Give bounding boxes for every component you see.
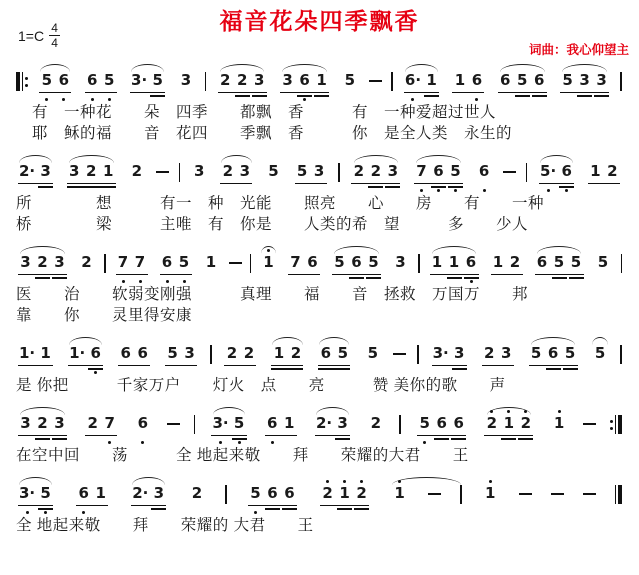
note: 2 <box>83 163 100 180</box>
barline <box>205 72 207 91</box>
note-group: 1·6 <box>66 337 105 375</box>
note-group: 5 <box>363 337 382 375</box>
note-group: 12 <box>489 246 525 284</box>
high-octave-dot <box>267 249 270 252</box>
sixteenth-beam <box>349 277 364 278</box>
duration-dash <box>156 171 169 173</box>
note-row: 321 <box>66 163 117 180</box>
eighth-beam <box>318 365 350 366</box>
sixteenth-beam <box>282 508 297 509</box>
note-group: 1 <box>259 246 278 284</box>
sixteenth-beam <box>35 438 50 439</box>
note: 7 <box>287 254 304 271</box>
note: 2· <box>130 485 150 502</box>
note-row: 533 <box>559 72 610 89</box>
note: 5 <box>568 254 585 271</box>
barline <box>620 72 622 91</box>
repeat-dot <box>25 77 28 80</box>
eighth-beam <box>560 92 609 93</box>
note-row: 1·1 <box>17 345 54 362</box>
sixteenth-beam <box>252 95 267 96</box>
note-row: 66 <box>117 345 151 362</box>
eighth-beam <box>295 183 327 184</box>
note-group: 65 <box>83 64 119 102</box>
low-octave-dot <box>94 371 97 374</box>
low-octave-dot <box>91 98 94 101</box>
note-group: 1 <box>202 246 221 284</box>
eighth-beam <box>482 365 514 366</box>
note-group: 12 <box>586 155 622 193</box>
note: 5 <box>38 72 55 89</box>
note-group: 16 <box>450 64 486 102</box>
note-row: 566 <box>247 485 298 502</box>
note: 2 <box>240 345 257 362</box>
note-row: 65 <box>84 72 118 89</box>
note-row: 3·3 <box>431 345 468 362</box>
time-signature: 4 4 <box>49 22 60 49</box>
sixteenth-beam <box>451 438 466 439</box>
sixteenth-beam <box>515 95 530 96</box>
note-row: 5 <box>341 72 358 89</box>
note: 1· <box>17 345 37 362</box>
note-row: 223 <box>350 163 401 180</box>
system-5: 3232763·5612·325662121在空中回 荡 全 地起来敬 拜 荣耀… <box>0 407 639 466</box>
note: 6 <box>531 72 548 89</box>
note-group: 2 <box>127 155 146 193</box>
low-octave-dot <box>411 98 414 101</box>
note: 2 <box>188 485 205 502</box>
note: 5 <box>365 254 382 271</box>
sixteenth-beam <box>88 368 103 369</box>
note-group: 2·3 <box>16 155 55 193</box>
note: 7 <box>101 415 118 432</box>
note: 3 <box>236 163 253 180</box>
note-row: 5·6 <box>538 163 575 180</box>
note: 3 <box>311 163 328 180</box>
note-row: 77 <box>115 254 149 271</box>
note-group: 12 <box>269 337 305 375</box>
note: 6 <box>117 345 134 362</box>
barline <box>399 415 401 434</box>
low-octave-dot <box>45 98 48 101</box>
low-octave-dot <box>108 98 111 101</box>
lyrics-line: 耶 稣的福 音 花四 季飘 香 你 是全人类 永生的 <box>16 123 639 144</box>
barline <box>225 485 227 504</box>
note: 6 <box>281 485 298 502</box>
sixteenth-beam <box>447 277 462 278</box>
note-row: 65 <box>159 254 193 271</box>
note: 6 <box>497 72 514 89</box>
sixteenth-beam <box>385 186 400 187</box>
note: 5 <box>149 72 166 89</box>
notes-line: 3232776511765653116126555 <box>16 246 622 284</box>
low-octave-dot <box>238 441 241 444</box>
duration-dash <box>583 423 596 425</box>
barline <box>417 345 419 364</box>
duration-dash <box>428 493 441 495</box>
note-row: 2·3 <box>130 485 167 502</box>
key-signature: 1=C 4 4 <box>18 22 60 49</box>
sixteenth-beam <box>559 186 574 187</box>
sixteenth-beam <box>35 277 50 278</box>
sixteenth-beam <box>577 95 592 96</box>
note-group: 3·5 <box>209 407 248 445</box>
duration-dash <box>583 493 596 495</box>
barline <box>460 485 462 504</box>
song-title: 福音花朵四季飘香 <box>0 3 639 36</box>
note: 3 <box>593 72 610 89</box>
note-group: 656 <box>496 64 549 102</box>
eighth-beam <box>351 183 400 184</box>
note-row: 323 <box>17 415 68 432</box>
barline <box>391 72 393 91</box>
note: 5 <box>595 254 612 271</box>
barline <box>418 254 420 273</box>
note: 3 <box>51 415 68 432</box>
barline <box>526 163 528 182</box>
sixteenth-beam <box>424 95 439 96</box>
sixteenth-beam <box>38 508 53 509</box>
note-group: 76 <box>286 246 322 284</box>
note-group: 65 <box>158 246 194 284</box>
eighth-beam <box>404 92 439 93</box>
note-group: 1 <box>550 407 569 445</box>
eighth-beam <box>160 274 192 275</box>
eighth-beam <box>535 274 584 275</box>
note: 6 <box>468 72 485 89</box>
note: 3 <box>37 163 54 180</box>
note: 6 <box>134 415 151 432</box>
note: 1 <box>587 163 604 180</box>
time-signature-denominator: 4 <box>51 36 58 49</box>
eighth-beam <box>265 435 297 436</box>
note-group: 23 <box>218 155 254 193</box>
note-row: 656 <box>497 72 548 89</box>
note-row: 361 <box>279 72 330 89</box>
note-group: 53 <box>163 337 199 375</box>
note: 3· <box>129 72 149 89</box>
low-octave-dot <box>420 189 423 192</box>
note-group: 22 <box>222 337 258 375</box>
barline <box>338 163 340 182</box>
note: 1 <box>100 163 117 180</box>
note-row: 1 <box>482 485 499 502</box>
note: 5· <box>538 163 558 180</box>
note-row: 53 <box>294 163 328 180</box>
note-row: 2 <box>78 254 95 271</box>
note: 3· <box>431 345 451 362</box>
sixteenth-beam <box>271 368 303 369</box>
barline <box>621 254 623 273</box>
note: 5 <box>528 345 545 362</box>
note: 6 <box>55 72 72 89</box>
note-group: 1·1 <box>16 337 55 375</box>
note-row: 323 <box>17 254 68 271</box>
note-row: 1·6 <box>67 345 104 362</box>
note: 2 <box>517 415 534 432</box>
note-row: 16 <box>451 72 485 89</box>
note: 3 <box>17 415 34 432</box>
notes-line: 1·11·6665322126553·3235655 <box>16 337 622 375</box>
barline <box>104 254 106 273</box>
eighth-beam <box>539 183 574 184</box>
note: 3· <box>17 485 37 502</box>
note: 2 <box>84 415 101 432</box>
note: 2 <box>319 485 336 502</box>
note: 2 <box>367 163 384 180</box>
note: 5 <box>231 415 248 432</box>
note: 6 <box>87 345 104 362</box>
notes-line: 56653·5322336156·116656533 <box>16 64 622 102</box>
eighth-beam <box>248 505 297 506</box>
note: 2 <box>34 254 51 271</box>
note: 6 <box>264 415 281 432</box>
note: 6 <box>75 485 92 502</box>
sixteenth-beam <box>232 438 247 439</box>
eighth-beam <box>18 435 67 436</box>
note-row: 1 <box>260 254 277 271</box>
low-octave-dot <box>454 189 457 192</box>
sixteenth-beam <box>318 368 350 369</box>
note-row: 61 <box>75 485 109 502</box>
repeat-begin-barline <box>16 72 28 91</box>
low-octave-dot <box>483 189 486 192</box>
high-octave-dot <box>343 480 346 483</box>
note: 6 <box>545 345 562 362</box>
note-row: 27 <box>84 415 118 432</box>
note-group: 3·5 <box>16 477 55 515</box>
note: 6 <box>304 254 321 271</box>
note-group: 56 <box>37 64 73 102</box>
eighth-beam <box>414 183 463 184</box>
low-octave-dot <box>26 511 29 514</box>
note-row: 23 <box>219 163 253 180</box>
note-group: 565 <box>330 246 383 284</box>
system-2: 2·3321232355322376565·612所 想 有一 种 光能 照亮 … <box>0 155 639 235</box>
note: 2 <box>481 345 498 362</box>
sixteenth-beam <box>150 95 165 96</box>
note: 3 <box>384 163 401 180</box>
lyrics-line: 在空中回 荡 全 地起来敬 拜 荣耀的大君 王 <box>16 445 639 466</box>
note: 2 <box>78 254 95 271</box>
note-group: 5 <box>340 64 359 102</box>
note: 5 <box>247 485 264 502</box>
sixteenth-beam <box>335 438 350 439</box>
eighth-beam <box>588 183 620 184</box>
note-group: 6·1 <box>402 64 441 102</box>
note: 5 <box>447 163 464 180</box>
note-group: 212 <box>318 477 371 515</box>
note: 6 <box>433 415 450 432</box>
note-group: 321 <box>65 155 118 193</box>
note-row: 6 <box>476 163 493 180</box>
eighth-beam <box>218 92 267 93</box>
eighth-beam <box>498 92 547 93</box>
note: 1 <box>500 415 517 432</box>
eighth-beam <box>211 435 246 436</box>
sixteenth-beam <box>518 438 533 439</box>
low-octave-dot <box>437 189 440 192</box>
thin-bar <box>615 415 617 434</box>
low-octave-dot <box>547 189 550 192</box>
note: 6 <box>476 163 493 180</box>
note: 2 <box>223 345 240 362</box>
note: 1 <box>446 254 463 271</box>
note-row: 6 <box>134 415 151 432</box>
low-octave-dot <box>82 511 85 514</box>
lyrics-line: 桥 梁 主唯 有 你是 人类的希 望 多 少人 <box>16 214 639 235</box>
note-row: 2 <box>188 485 205 502</box>
note-group: 27 <box>83 407 119 445</box>
note-group: 212 <box>482 407 535 445</box>
note: 5 <box>265 163 282 180</box>
sixteenth-beam <box>448 186 463 187</box>
note-row: 765 <box>413 163 464 180</box>
note-row: 65 <box>317 345 351 362</box>
note-group: 565 <box>527 337 580 375</box>
eighth-beam <box>430 274 479 275</box>
eighth-beam <box>288 274 320 275</box>
eighth-beam <box>165 365 197 366</box>
eighth-beam <box>432 365 467 366</box>
note: 5 <box>331 254 348 271</box>
note: 1 <box>37 345 54 362</box>
note: 2 <box>219 163 236 180</box>
note-row: 566 <box>416 415 467 432</box>
note: 1 <box>551 415 568 432</box>
note: 2 <box>234 72 251 89</box>
note: 2 <box>128 163 145 180</box>
note: 1 <box>260 254 277 271</box>
note: 1 <box>482 485 499 502</box>
note-row: 116 <box>429 254 480 271</box>
note: 2 <box>367 415 384 432</box>
note: 1 <box>423 72 440 89</box>
note: 5 <box>562 345 579 362</box>
note-row: 565 <box>331 254 382 271</box>
note-row: 5 <box>592 345 609 362</box>
lyrics-line: 医 治 软弱变刚强 真理 福 音 拯救 万国万 邦 <box>16 284 639 305</box>
sixteenth-beam <box>265 508 280 509</box>
sheet-header: 福音花朵四季飘香 1=C 4 4 词曲：我心仰望主 <box>0 0 639 62</box>
note: 5 <box>341 72 358 89</box>
note: 1 <box>429 254 446 271</box>
note: 6 <box>317 345 334 362</box>
note: 2 <box>34 415 51 432</box>
note: 5 <box>559 72 576 89</box>
note-row: 2 <box>367 415 384 432</box>
barline <box>179 163 181 182</box>
note: 3 <box>251 72 268 89</box>
high-octave-dot <box>489 480 492 483</box>
sixteenth-beam <box>464 277 479 278</box>
note-group: 323 <box>16 246 69 284</box>
note: 1 <box>490 254 507 271</box>
sixteenth-beam <box>368 186 383 187</box>
score: 56653·5322336156·116656533 有 一种花 朵 四季 都飘… <box>0 62 639 536</box>
note: 2· <box>314 415 334 432</box>
note: 6 <box>296 72 313 89</box>
note-row: 1 <box>203 254 220 271</box>
eighth-beam <box>76 505 108 506</box>
note: 1 <box>336 485 353 502</box>
note-row: 5 <box>265 163 282 180</box>
note: 5 <box>37 485 54 502</box>
note: 6 <box>348 254 365 271</box>
note: 1 <box>391 485 408 502</box>
note-group: 533 <box>558 64 611 102</box>
note-group: 3·5 <box>128 64 167 102</box>
note-group: 2·3 <box>313 407 352 445</box>
thick-bar <box>618 485 622 504</box>
eighth-beam <box>67 183 116 184</box>
note-row: 56 <box>38 72 72 89</box>
note-row: 3 <box>178 72 195 89</box>
eighth-beam <box>320 505 369 506</box>
note: 1 <box>451 72 468 89</box>
note: 3 <box>150 485 167 502</box>
low-octave-dot <box>565 189 568 192</box>
low-octave-dot <box>423 441 426 444</box>
note: 2 <box>353 485 370 502</box>
note: 6 <box>558 163 575 180</box>
repeat-dot <box>610 420 613 423</box>
low-octave-dot <box>219 441 222 444</box>
eighth-beam <box>332 274 381 275</box>
composer-credit: 词曲：我心仰望主 <box>529 40 629 58</box>
sixteenth-beam <box>569 277 584 278</box>
repeat-dots <box>610 415 613 434</box>
note: 1 <box>281 415 298 432</box>
note-group: 116 <box>428 246 481 284</box>
note-group: 1 <box>390 477 409 515</box>
eighth-beam <box>116 274 148 275</box>
repeat-end-barline <box>610 415 622 434</box>
low-octave-dot <box>254 511 257 514</box>
sixteenth-beam <box>52 277 67 278</box>
key-label: 1=C <box>18 28 44 44</box>
duration-dash <box>229 262 242 264</box>
note-group: 6 <box>475 155 494 193</box>
eighth-beam <box>452 92 484 93</box>
note: 2 <box>507 254 524 271</box>
sheet-music-page: 福音花朵四季飘香 1=C 4 4 词曲：我心仰望主 56653·53223361… <box>0 0 639 575</box>
lyrics-line: 全 地起来敬 拜 荣耀的 大君 王 <box>16 515 639 536</box>
repeat-dot <box>25 84 28 87</box>
note-row: 223 <box>217 72 268 89</box>
note-row: 76 <box>287 254 321 271</box>
low-octave-dot <box>470 280 473 283</box>
eighth-beam <box>315 435 350 436</box>
note: 3· <box>210 415 230 432</box>
note-group: 2·3 <box>129 477 168 515</box>
note-group: 2 <box>187 477 206 515</box>
eighth-beam <box>529 365 578 366</box>
note-group: 323 <box>16 407 69 445</box>
high-octave-dot <box>326 480 329 483</box>
low-octave-dot <box>122 280 125 283</box>
note: 3 <box>66 163 83 180</box>
low-octave-dot <box>44 511 47 514</box>
note: 5 <box>176 254 193 271</box>
note: 5 <box>551 254 568 271</box>
sixteenth-beam <box>337 508 352 509</box>
duration-dash <box>369 80 382 82</box>
sixteenth-beam <box>434 438 449 439</box>
note: 3 <box>451 345 468 362</box>
note-group: 66 <box>116 337 152 375</box>
notes-line: 2·3321232355322376565·612 <box>16 155 622 193</box>
